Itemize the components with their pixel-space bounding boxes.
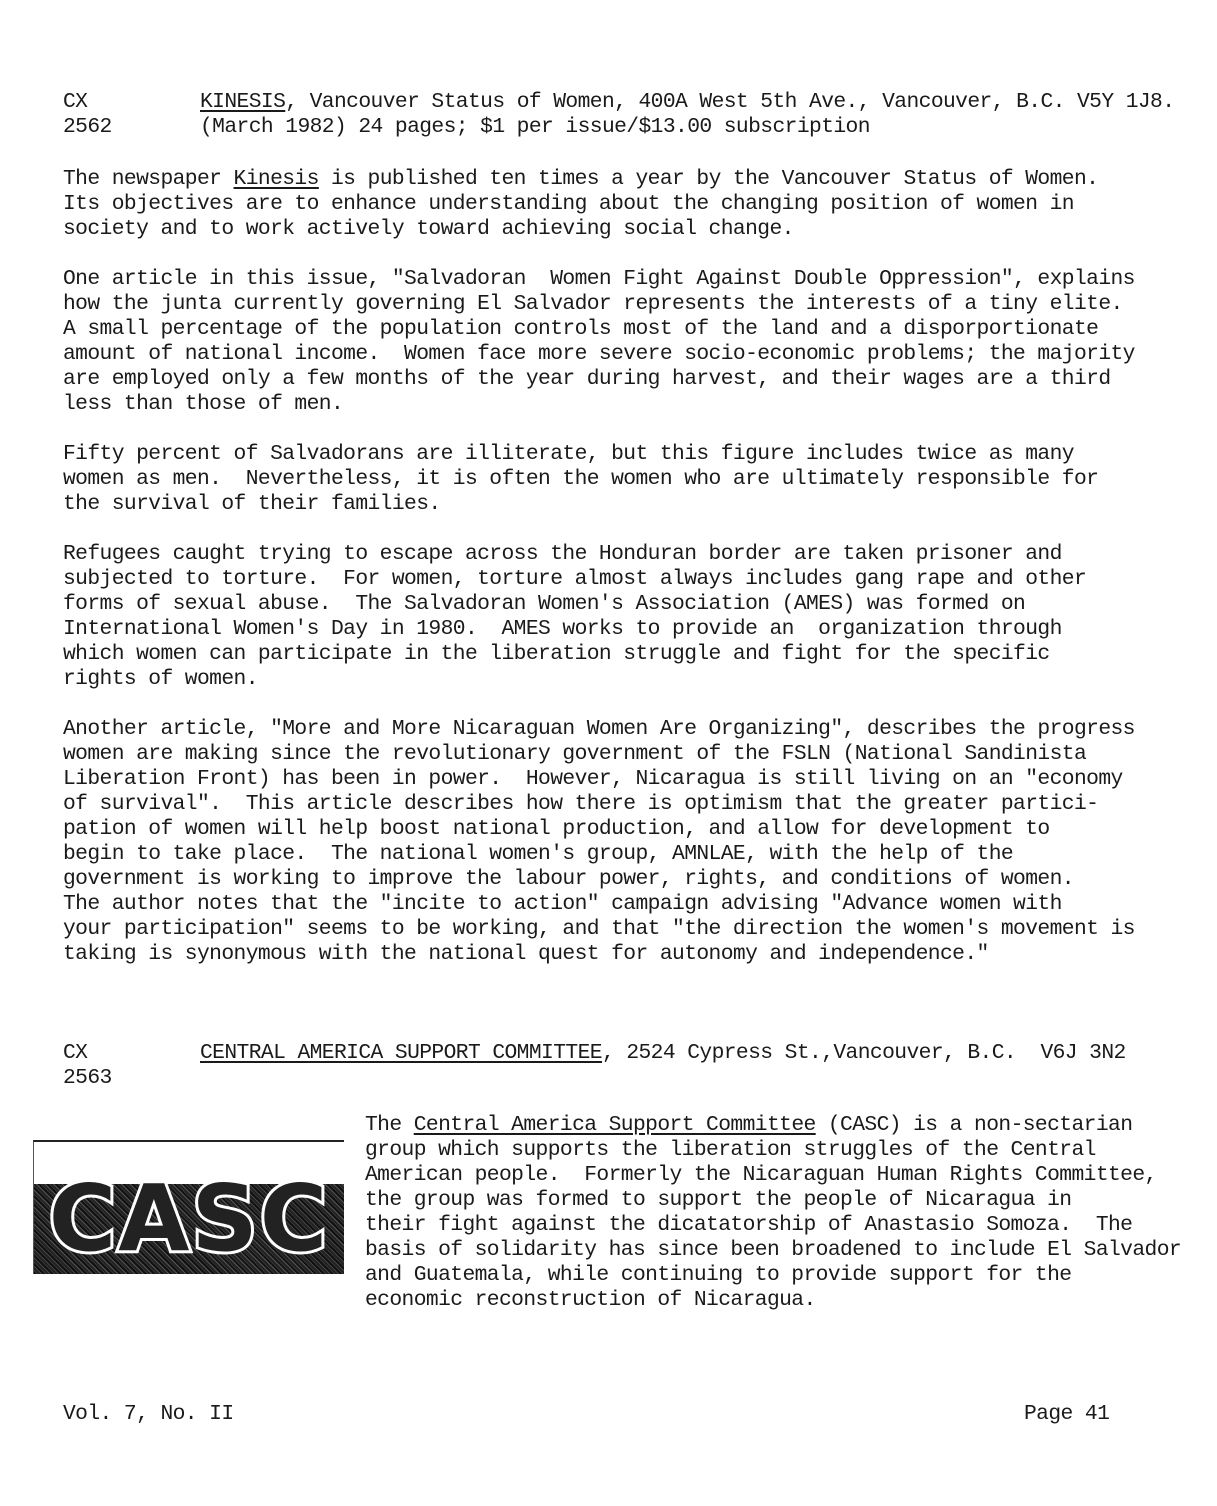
paragraph: One article in this issue, "Salvadoran W…	[63, 267, 1203, 417]
text-line: One article in this issue, "Salvadoran W…	[63, 267, 1203, 292]
text-line: which women can participate in the liber…	[63, 642, 1203, 667]
text-line: group which supports the liberation stru…	[365, 1138, 1215, 1163]
text-line: Another article, "More and More Nicaragu…	[63, 717, 1203, 742]
text-line: Fifty percent of Salvadorans are illiter…	[63, 442, 1203, 467]
entry-id-2563: CX 2563	[63, 1041, 112, 1091]
text-line: and Guatemala, while continuing to provi…	[365, 1263, 1215, 1288]
entry-address: , Vancouver Status of Women, 400A West 5…	[285, 90, 1174, 114]
text-line: less than those of men.	[63, 392, 1203, 417]
text-line: women are making since the revolutionary…	[63, 742, 1203, 767]
text-line: Refugees caught trying to escape across …	[63, 542, 1203, 567]
text-line: the survival of their families.	[63, 492, 1203, 517]
text-line: the group was formed to support the peop…	[365, 1188, 1215, 1213]
text-line: economic reconstruction of Nicaragua.	[365, 1288, 1215, 1313]
footer-page-number: Page 41	[1024, 1402, 1109, 1427]
text-line: The author notes that the "incite to act…	[63, 892, 1203, 917]
entry-header-kinesis: KINESIS, Vancouver Status of Women, 400A…	[200, 90, 1174, 140]
text-line: Its objectives are to enhance understand…	[63, 192, 1203, 217]
underlined-title: Central America Support Committee	[414, 1113, 816, 1137]
entry-header-line2: (March 1982) 24 pages; $1 per issue/$13.…	[200, 115, 1174, 140]
text-line: society and to work actively toward achi…	[63, 217, 1203, 242]
casc-logo: CASC	[33, 1140, 344, 1274]
text-line: The Central America Support Committee (C…	[365, 1113, 1215, 1138]
paragraph: Fifty percent of Salvadorans are illiter…	[63, 442, 1203, 517]
paragraph: Refugees caught trying to escape across …	[63, 542, 1203, 692]
entry-number: 2563	[63, 1066, 112, 1091]
text-line: pation of women will help boost national…	[63, 817, 1203, 842]
text-line: your participation" seems to be working,…	[63, 917, 1203, 942]
text-line: women as men. Nevertheless, it is often …	[63, 467, 1203, 492]
text-line: are employed only a few months of the ye…	[63, 367, 1203, 392]
entry-title: KINESIS	[200, 90, 285, 114]
text-line: begin to take place. The national women'…	[63, 842, 1203, 867]
text-line: International Women's Day in 1980. AMES …	[63, 617, 1203, 642]
text-line: of survival". This article describes how…	[63, 792, 1203, 817]
text-line: taking is synonymous with the national q…	[63, 942, 1203, 967]
text-line: their fight against the dicatatorship of…	[365, 1213, 1215, 1238]
svg-text:CASC: CASC	[49, 1165, 330, 1272]
text-line: subjected to torture. For women, torture…	[63, 567, 1203, 592]
text-line: Liberation Front) has been in power. How…	[63, 767, 1203, 792]
text-line: A small percentage of the population con…	[63, 317, 1203, 342]
entry-header-line1: CENTRAL AMERICA SUPPORT COMMITTEE, 2524 …	[200, 1041, 1126, 1066]
underlined-title: Kinesis	[234, 167, 319, 191]
text-line: amount of national income. Women face mo…	[63, 342, 1203, 367]
entry-header-line1: KINESIS, Vancouver Status of Women, 400A…	[200, 90, 1174, 115]
text-line: basis of solidarity has since been broad…	[365, 1238, 1215, 1263]
entry-code: CX	[63, 90, 112, 115]
logo-lettering: CASC	[34, 1142, 344, 1274]
paragraph: Another article, "More and More Nicaragu…	[63, 717, 1203, 967]
entry-title: CENTRAL AMERICA SUPPORT COMMITTEE	[200, 1041, 602, 1065]
text-line: rights of women.	[63, 667, 1203, 692]
footer-volume: Vol. 7, No. II	[63, 1402, 234, 1427]
text-line: The newspaper Kinesis is published ten t…	[63, 167, 1203, 192]
entry-body-casc: The Central America Support Committee (C…	[365, 1113, 1215, 1313]
paragraph: The newspaper Kinesis is published ten t…	[63, 167, 1203, 242]
entry-address: , 2524 Cypress St.,Vancouver, B.C. V6J 3…	[602, 1041, 1126, 1065]
text-line: how the junta currently governing El Sal…	[63, 292, 1203, 317]
entry-number: 2562	[63, 115, 112, 140]
text-line: government is working to improve the lab…	[63, 867, 1203, 892]
text-line: American people. Formerly the Nicaraguan…	[365, 1163, 1215, 1188]
text-line: forms of sexual abuse. The Salvadoran Wo…	[63, 592, 1203, 617]
entry-code: CX	[63, 1041, 112, 1066]
entry-id-2562: CX 2562	[63, 90, 112, 140]
entry-header-casc: CENTRAL AMERICA SUPPORT COMMITTEE, 2524 …	[200, 1041, 1126, 1066]
